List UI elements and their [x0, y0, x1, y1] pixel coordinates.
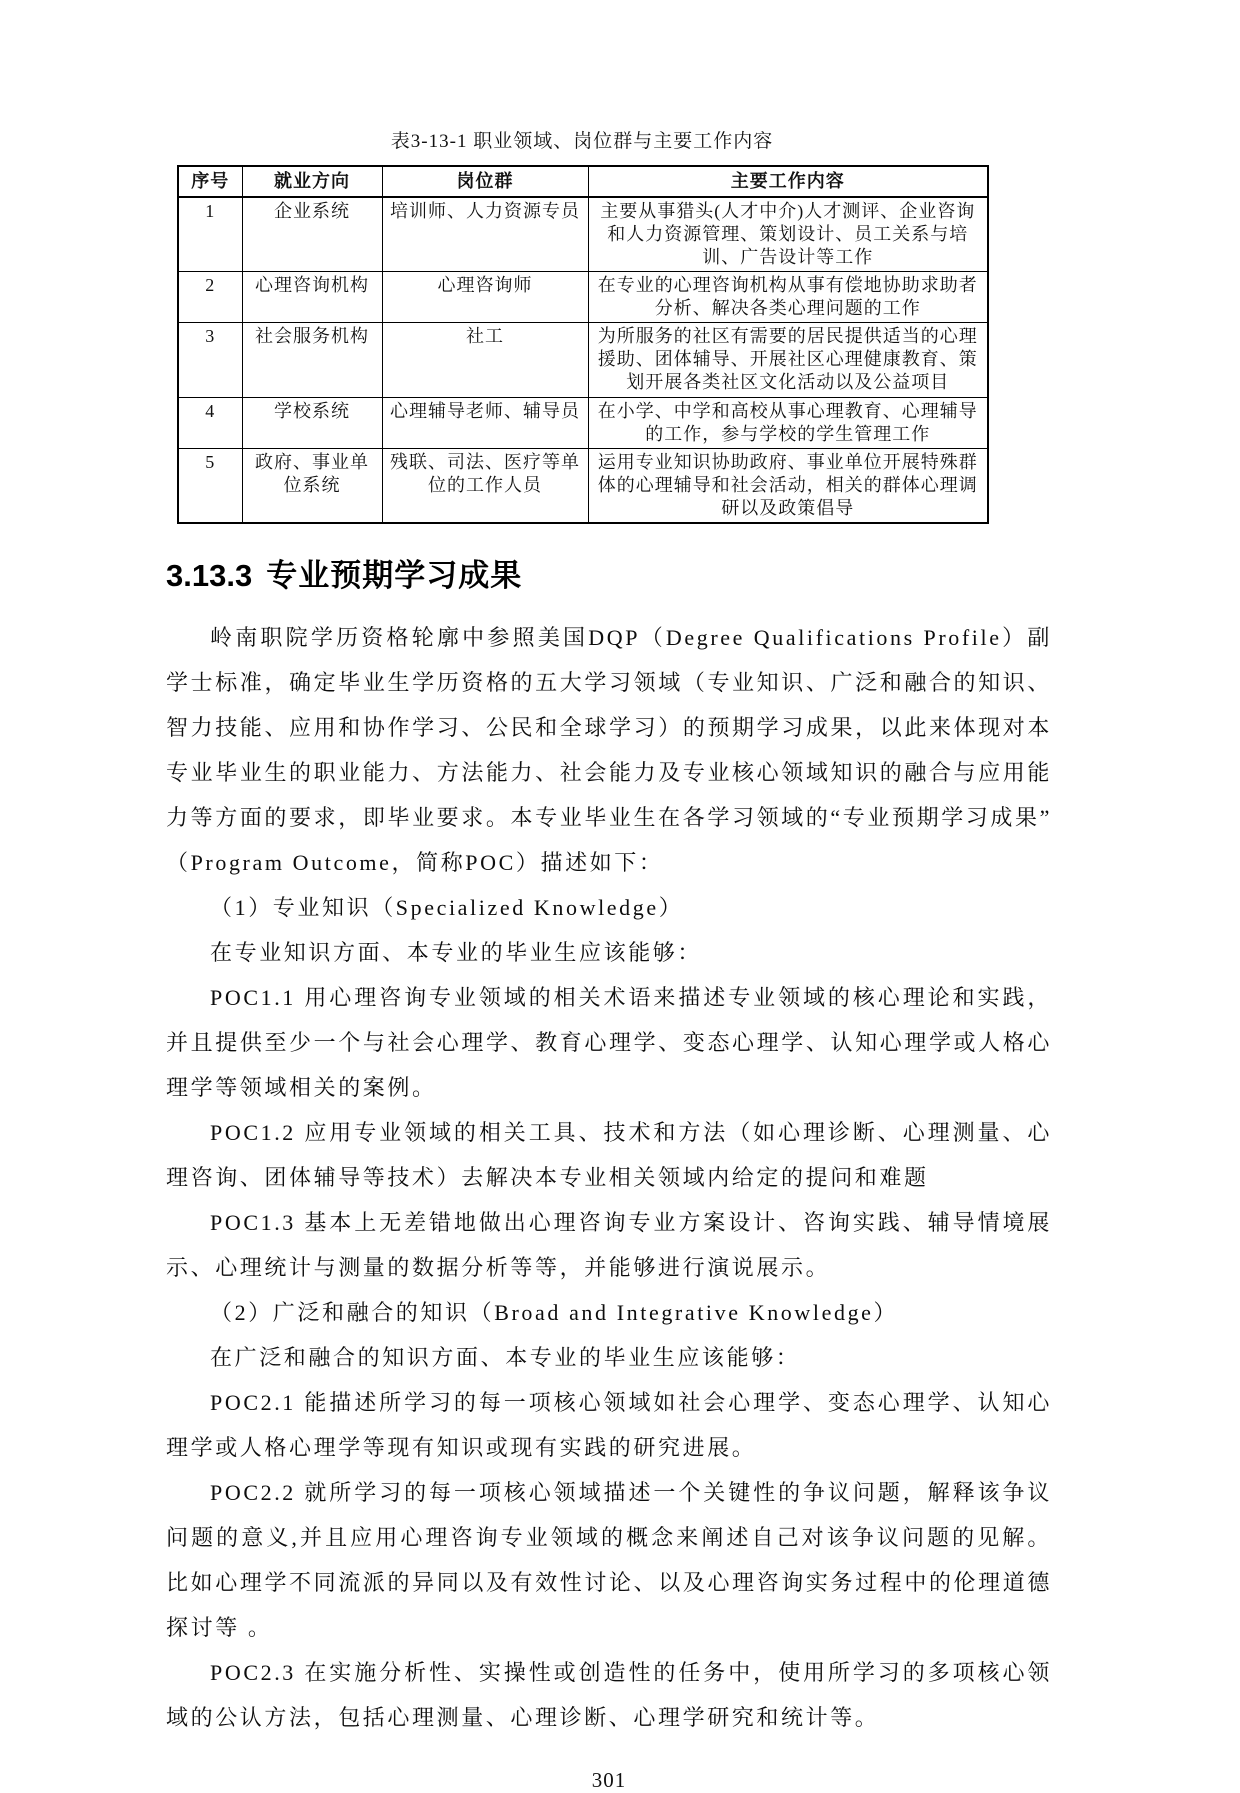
- body-paragraph: 在专业知识方面、本专业的毕业生应该能够：: [166, 930, 1052, 975]
- table-row: 4 学校系统 心理辅导老师、辅导员 在小学、中学和高校从事心理教育、心理辅导的工…: [178, 398, 988, 449]
- body-paragraph: （1）专业知识（Specialized Knowledge）: [166, 885, 1052, 930]
- table-caption: 表3-13-1 职业领域、岗位群与主要工作内容: [177, 126, 987, 153]
- section-title: 专业预期学习成果: [266, 558, 522, 593]
- col-header-main-work: 主要工作内容: [588, 166, 988, 197]
- table-cell-index: 4: [178, 398, 242, 449]
- body-paragraph: POC2.3 在实施分析性、实操性或创造性的任务中，使用所学习的多项核心领域的公…: [166, 1650, 1052, 1740]
- table-cell-main-work: 运用专业知识协助政府、事业单位开展特殊群体的心理辅导和社会活动，相关的群体心理调…: [588, 449, 988, 524]
- table-cell-index: 1: [178, 197, 242, 272]
- col-header-index: 序号: [178, 166, 242, 197]
- table-cell-post-group: 心理辅导老师、辅导员: [382, 398, 588, 449]
- body-paragraph: POC1.3 基本上无差错地做出心理咨询专业方案设计、咨询实践、辅导情境展示、心…: [166, 1200, 1052, 1290]
- section-body: 岭南职院学历资格轮廓中参照美国DQP（Degree Qualifications…: [166, 615, 1052, 1740]
- table-cell-main-work: 主要从事猎头(人才中介)人才测评、企业咨询和人力资源管理、策划设计、员工关系与培…: [588, 197, 988, 272]
- document-page: 表3-13-1 职业领域、岗位群与主要工作内容 序号 就业方向 岗位群 主要工作…: [0, 0, 1240, 1753]
- table-row: 5 政府、事业单位系统 残联、司法、医疗等单位的工作人员 运用专业知识协助政府、…: [178, 449, 988, 524]
- body-paragraph: POC2.2 就所学习的每一项核心领域描述一个关键性的争议问题，解释该争议问题的…: [166, 1470, 1052, 1650]
- table-cell-index: 5: [178, 449, 242, 524]
- table-cell-direction: 社会服务机构: [242, 323, 382, 398]
- table-cell-direction: 政府、事业单位系统: [242, 449, 382, 524]
- table-cell-main-work: 在小学、中学和高校从事心理教育、心理辅导的工作，参与学校的学生管理工作: [588, 398, 988, 449]
- table-cell-direction: 学校系统: [242, 398, 382, 449]
- careers-table: 序号 就业方向 岗位群 主要工作内容 1 企业系统 培训师、人力资源专员 主要从…: [177, 165, 989, 524]
- table-row: 2 心理咨询机构 心理咨询师 在专业的心理咨询机构从事有偿地协助求助者分析、解决…: [178, 272, 988, 323]
- body-paragraph: POC1.1 用心理咨询专业领域的相关术语来描述专业领域的核心理论和实践，并且提…: [166, 975, 1052, 1110]
- section-heading: 3.13.3专业预期学习成果: [166, 550, 1052, 595]
- table-header-row: 序号 就业方向 岗位群 主要工作内容: [178, 166, 988, 197]
- body-paragraph: 在广泛和融合的知识方面、本专业的毕业生应该能够：: [166, 1335, 1052, 1380]
- table-row: 3 社会服务机构 社工 为所服务的社区有需要的居民提供适当的心理援助、团体辅导、…: [178, 323, 988, 398]
- table-cell-post-group: 培训师、人力资源专员: [382, 197, 588, 272]
- table-cell-index: 3: [178, 323, 242, 398]
- page-number: 301: [166, 1768, 1052, 1793]
- section-number: 3.13.3: [166, 558, 252, 593]
- body-paragraph: POC1.2 应用专业领域的相关工具、技术和方法（如心理诊断、心理测量、心理咨询…: [166, 1110, 1052, 1200]
- table-cell-index: 2: [178, 272, 242, 323]
- col-header-post-group: 岗位群: [382, 166, 588, 197]
- table-cell-post-group: 社工: [382, 323, 588, 398]
- table-cell-main-work: 为所服务的社区有需要的居民提供适当的心理援助、团体辅导、开展社区心理健康教育、策…: [588, 323, 988, 398]
- table-cell-post-group: 残联、司法、医疗等单位的工作人员: [382, 449, 588, 524]
- body-paragraph: POC2.1 能描述所学习的每一项核心领域如社会心理学、变态心理学、认知心理学或…: [166, 1380, 1052, 1470]
- table-cell-direction: 企业系统: [242, 197, 382, 272]
- body-paragraph: （2）广泛和融合的知识（Broad and Integrative Knowle…: [166, 1290, 1052, 1335]
- body-paragraph: 岭南职院学历资格轮廓中参照美国DQP（Degree Qualifications…: [166, 615, 1052, 885]
- table-cell-main-work: 在专业的心理咨询机构从事有偿地协助求助者分析、解决各类心理问题的工作: [588, 272, 988, 323]
- table-cell-post-group: 心理咨询师: [382, 272, 588, 323]
- col-header-direction: 就业方向: [242, 166, 382, 197]
- table-cell-direction: 心理咨询机构: [242, 272, 382, 323]
- table-row: 1 企业系统 培训师、人力资源专员 主要从事猎头(人才中介)人才测评、企业咨询和…: [178, 197, 988, 272]
